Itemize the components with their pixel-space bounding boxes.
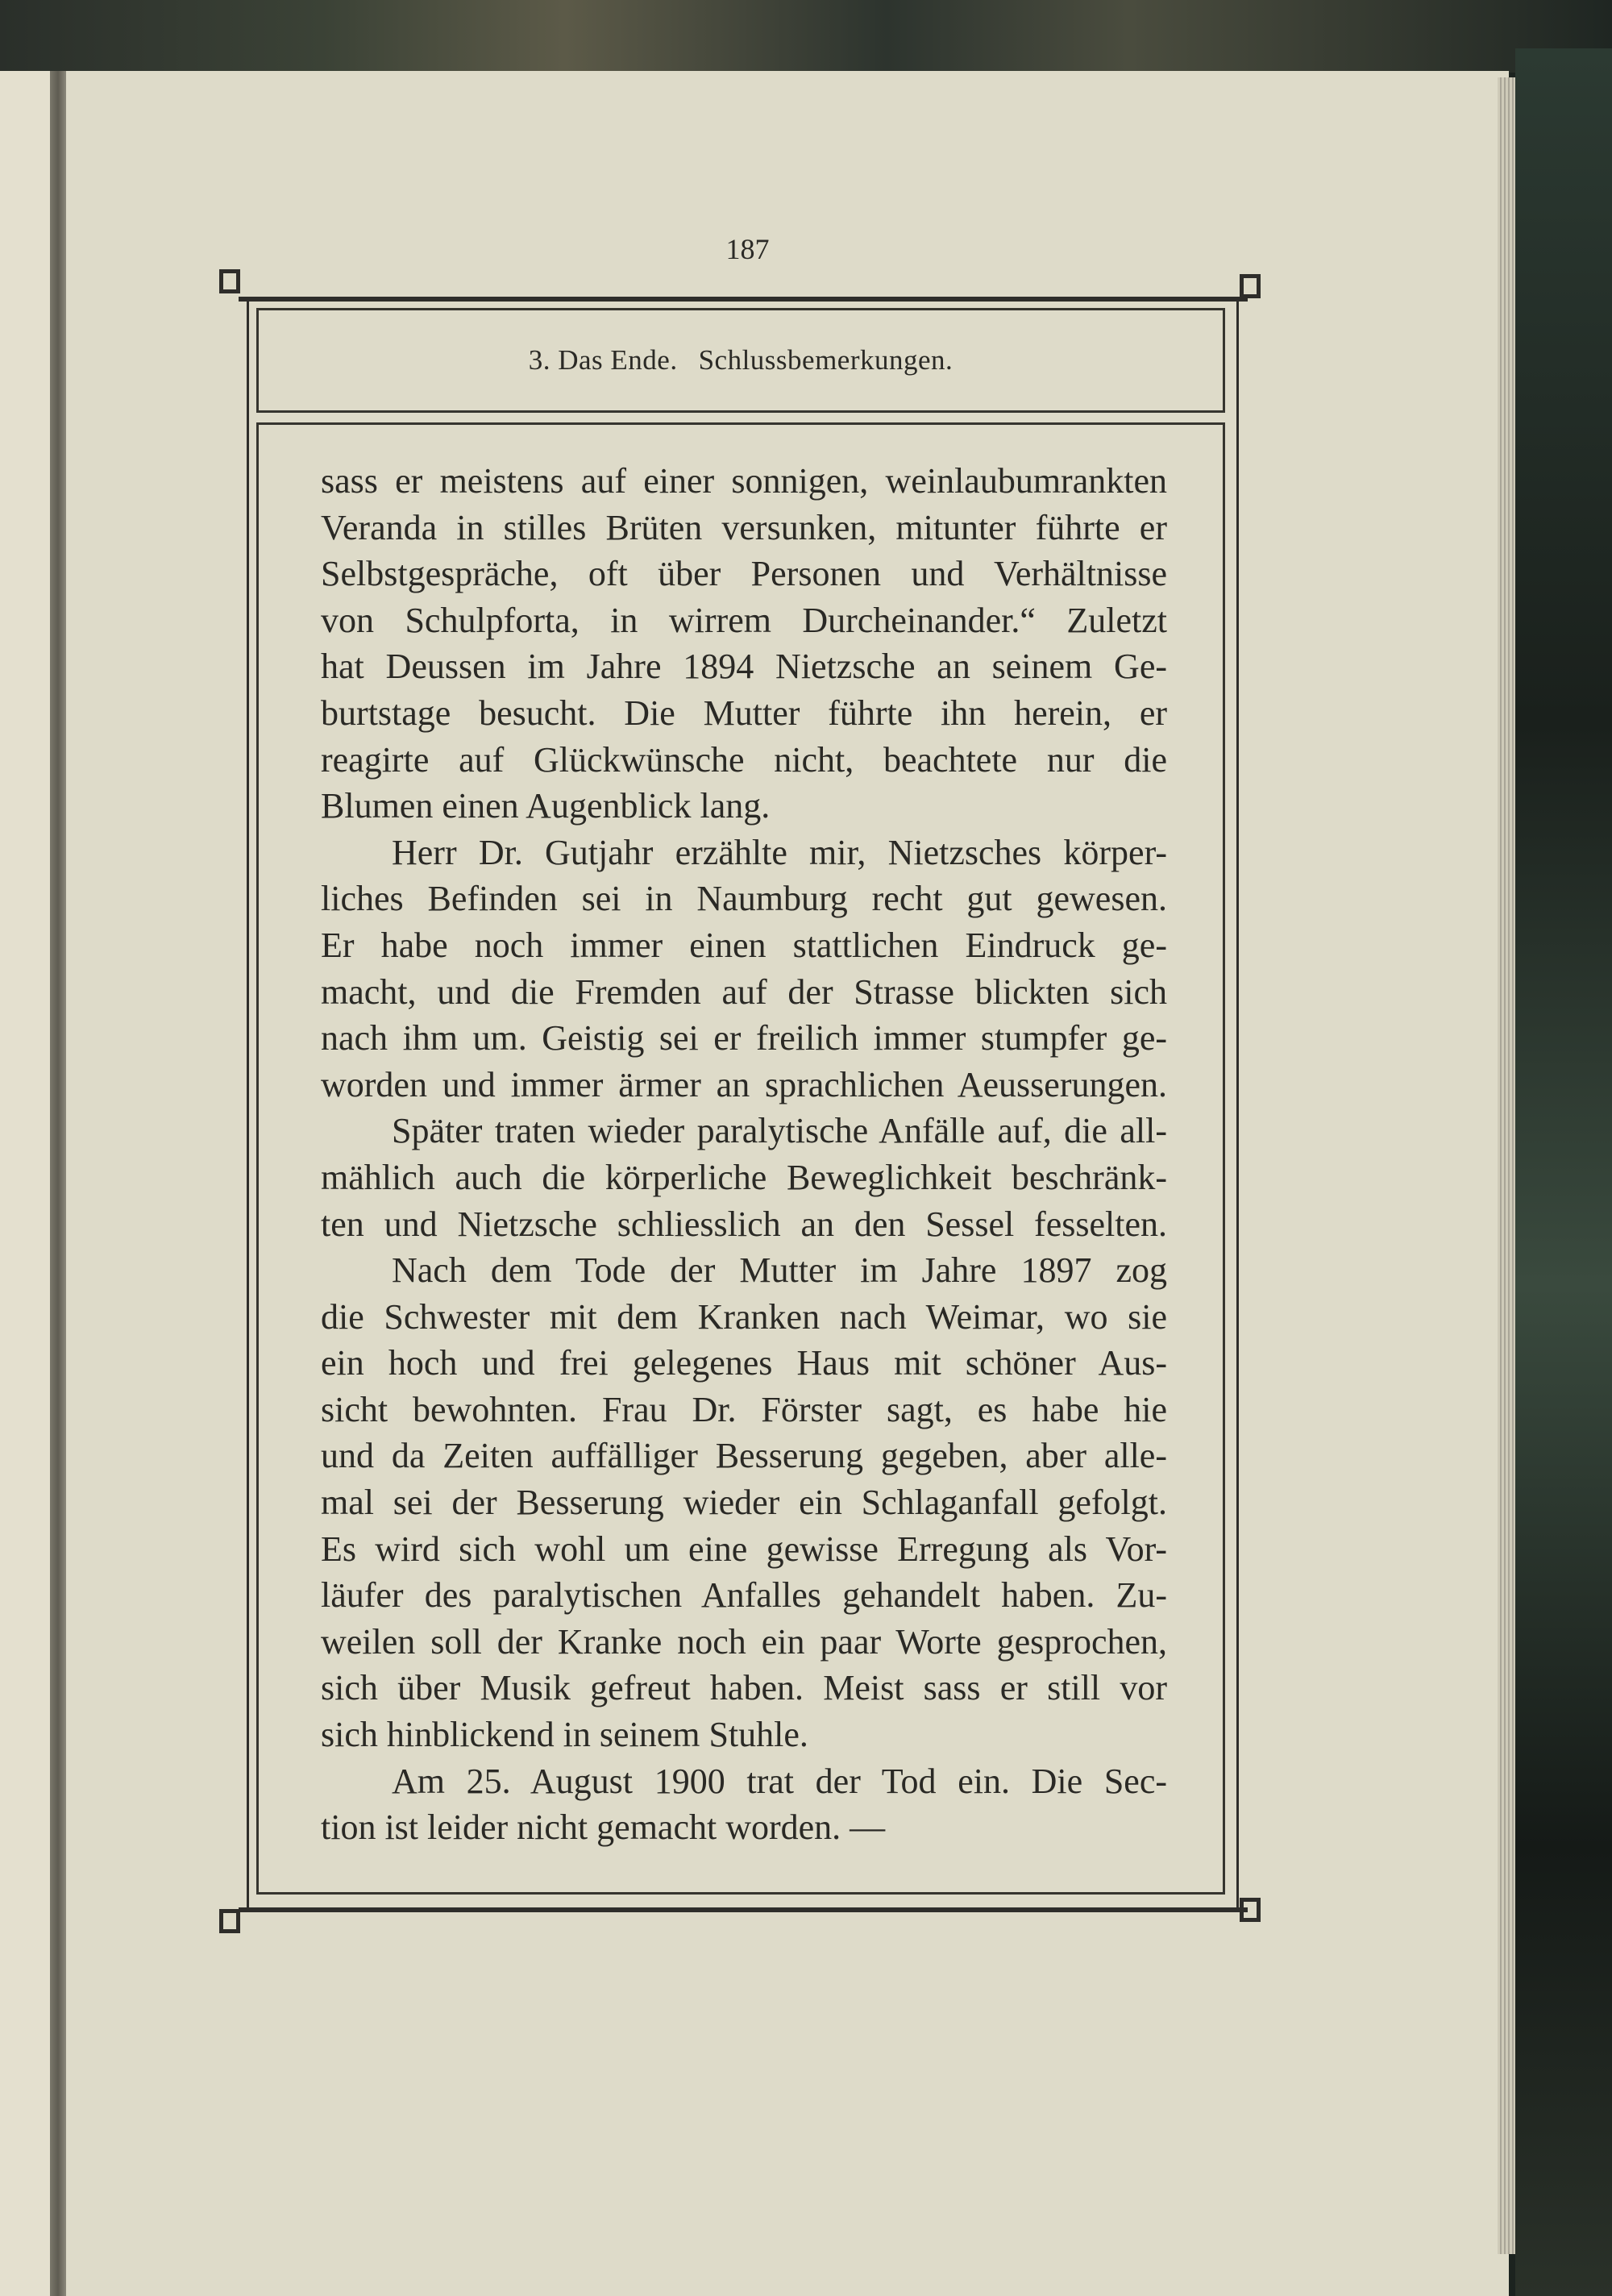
text-line: läufer des paralytischen Anfalles gehand… [321, 1572, 1167, 1619]
text-line: reagirte auf Glückwünsche nicht, beachte… [321, 737, 1167, 784]
text-line: die Schwester mit dem Kranken nach Weima… [321, 1294, 1167, 1341]
text-line: und da Zeiten auffälliger Besserung gege… [321, 1433, 1167, 1479]
text-line: ten und Nietzsche schliesslich an den Se… [321, 1201, 1167, 1248]
frame-top-rule [239, 297, 1248, 302]
text-line: sich hinblickend in seinem Stuhle. [321, 1712, 1167, 1758]
frame-left-rule [247, 297, 249, 1909]
frame-right-rule [1236, 297, 1239, 1909]
text-line: sicht bewohnten. Frau Dr. Förster sagt, … [321, 1387, 1167, 1433]
text-line: weilen soll der Kranke noch ein paar Wor… [321, 1619, 1167, 1666]
text-line: ein hoch und frei gelegenes Haus mit sch… [321, 1340, 1167, 1387]
text-line: worden und immer ärmer an sprachlichen A… [321, 1062, 1167, 1108]
text-line: Blumen einen Augenblick lang. [321, 783, 1167, 830]
corner-ornament-top-right [1240, 274, 1261, 298]
text-line: Es wird sich wohl um eine gewisse Erregu… [321, 1526, 1167, 1573]
running-head-box: 3. Das Ende.Schlussbemerkungen. [256, 308, 1225, 413]
page-number: 187 [0, 232, 1495, 266]
book-gutter [50, 71, 66, 2296]
text-line: Er habe noch immer einen stattlichen Ein… [321, 922, 1167, 969]
text-line: hat Deussen im Jahre 1894 Nietzsche an s… [321, 643, 1167, 690]
text-line: sass er meistens auf einer sonnigen, wei… [321, 458, 1167, 505]
text-line: tion ist leider nicht gemacht worden. — [321, 1804, 1167, 1851]
corner-ornament-top-left [219, 269, 240, 293]
text-line: macht, und die Fremden auf der Strasse b… [321, 969, 1167, 1016]
text-line: mal sei der Besserung wieder ein Schlaga… [321, 1479, 1167, 1526]
body-text: sass er meistens auf einer sonnigen, wei… [321, 458, 1167, 1851]
text-line: mählich auch die körperliche Beweglichke… [321, 1154, 1167, 1201]
text-line: Nach dem Tode der Mutter im Jahre 1897 z… [321, 1247, 1167, 1294]
frame-bottom-rule [239, 1907, 1248, 1912]
text-line: Veranda in stilles Brüten versunken, mit… [321, 505, 1167, 551]
running-head-section: 3. Das Ende. [529, 344, 678, 376]
text-line: Am 25. August 1900 trat der Tod ein. Die… [321, 1758, 1167, 1805]
book-cover-top [0, 0, 1612, 73]
text-line: Selbstgespräche, oft über Personen und V… [321, 551, 1167, 597]
running-head-title: Schlussbemerkungen. [699, 344, 953, 376]
page-stack-edges [1498, 77, 1515, 2254]
text-line: sich über Musik gefreut haben. Meist sas… [321, 1665, 1167, 1712]
book-cover-right [1515, 48, 1612, 2296]
text-line: burtstage besucht. Die Mutter führte ihn… [321, 690, 1167, 737]
text-line: liches Befinden sei in Naumburg recht gu… [321, 876, 1167, 922]
text-line: Später traten wieder paralytische Anfäll… [321, 1108, 1167, 1154]
corner-ornament-bottom-left [219, 1909, 240, 1933]
running-head: 3. Das Ende.Schlussbemerkungen. [529, 344, 953, 376]
text-line: Herr Dr. Gutjahr erzählte mir, Nietzsche… [321, 830, 1167, 876]
text-line: nach ihm um. Geistig sei er freilich imm… [321, 1015, 1167, 1062]
corner-ornament-bottom-right [1240, 1898, 1261, 1922]
text-line: von Schulpforta, in wirrem Durcheinander… [321, 597, 1167, 644]
facing-page-edge [0, 71, 50, 2296]
